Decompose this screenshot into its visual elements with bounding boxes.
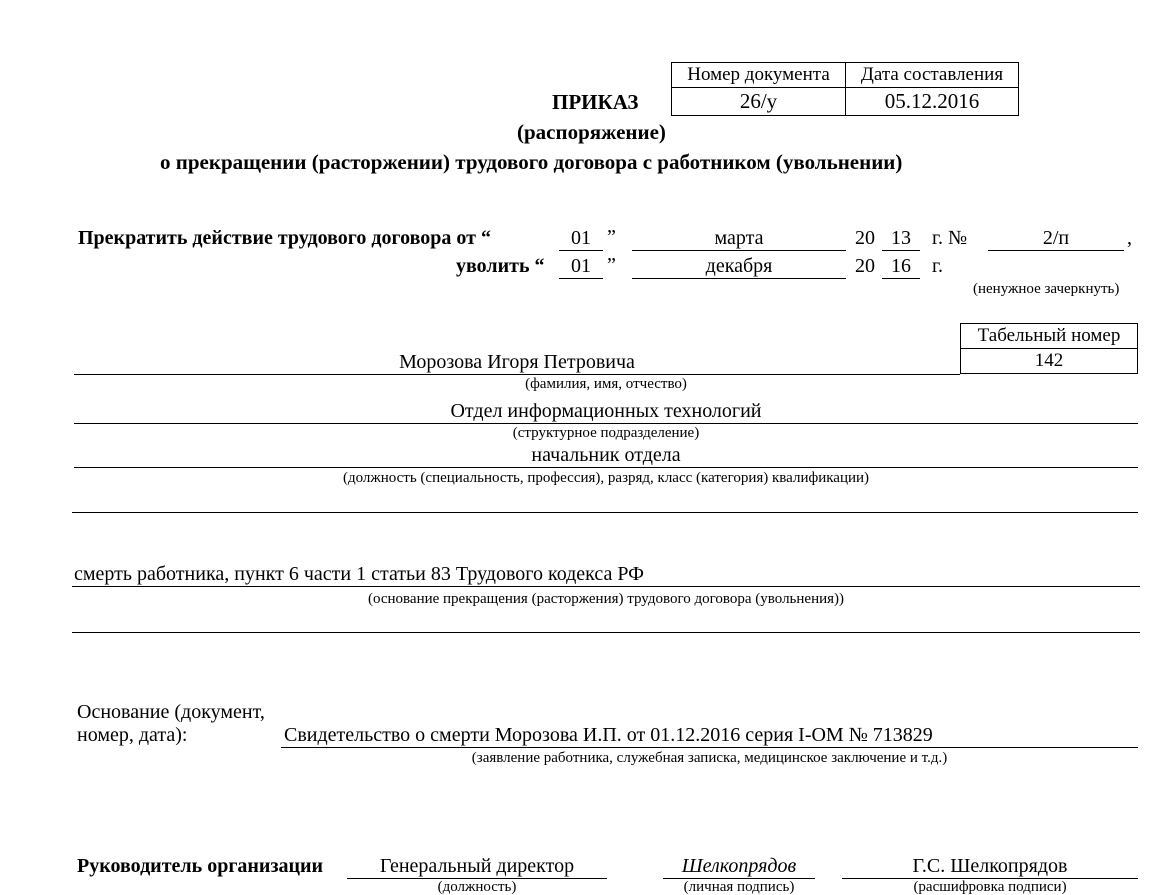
- position-field[interactable]: начальник отдела: [74, 444, 1138, 467]
- department-caption: (структурное подразделение): [74, 425, 1138, 442]
- contract-month-field[interactable]: марта: [632, 227, 846, 250]
- contract-month-underline: [632, 250, 846, 251]
- tab-number-value: 142: [961, 349, 1138, 374]
- department-underline: [74, 423, 1138, 424]
- terminate-contract-label: Прекратить действие трудового договора о…: [78, 227, 491, 250]
- dismiss-label: уволить “: [456, 255, 545, 278]
- document-date-value: 05.12.2016: [846, 88, 1019, 116]
- dismiss-day-underline: [559, 278, 603, 279]
- open-quote-2: “: [535, 255, 545, 277]
- document-number-date-table: Номер документа Дата составления 26/у 05…: [671, 62, 1019, 116]
- contract-year-field[interactable]: 13: [882, 227, 920, 250]
- contract-number-underline: [988, 250, 1124, 251]
- blank-line-1: [72, 512, 1138, 513]
- contract-year-underline: [882, 250, 920, 251]
- year-suffix: г.: [932, 255, 943, 278]
- order-subtitle: (распоряжение): [517, 120, 666, 145]
- dismiss-year-underline: [882, 278, 920, 279]
- basis-label-line1: Основание (документ,: [77, 701, 265, 724]
- signature-decoding-field[interactable]: Г.С. Шелкопрядов: [842, 855, 1138, 878]
- position-underline: [74, 467, 1138, 468]
- close-quote-1: ”: [607, 226, 616, 249]
- dismiss-month-underline: [632, 278, 846, 279]
- dismiss-year-field[interactable]: 16: [882, 255, 920, 278]
- termination-reason-field[interactable]: смерть работника, пункт 6 части 1 статьи…: [74, 563, 644, 586]
- year-number-label: г. №: [932, 227, 967, 250]
- head-position-field[interactable]: Генеральный директор: [347, 855, 607, 878]
- document-number-label: Номер документа: [672, 63, 846, 88]
- reason-underline: [72, 586, 1140, 587]
- basis-document-field[interactable]: Свидетельство о смерти Морозова И.П. от …: [284, 724, 933, 747]
- contract-number-field[interactable]: 2/п: [988, 227, 1124, 250]
- basis-label-line2: номер, дата):: [77, 724, 187, 747]
- year-prefix-2: 20: [855, 255, 875, 278]
- full-name-underline: [74, 374, 960, 375]
- signature-caption: (личная подпись): [663, 879, 815, 895]
- reason-caption: (основание прекращения (расторжения) тру…: [72, 591, 1140, 608]
- head-of-organization-label: Руководитель организации: [77, 855, 323, 878]
- document-date-label: Дата составления: [846, 63, 1019, 88]
- close-quote-2: ”: [607, 254, 616, 277]
- terminate-label-text: Прекратить действие трудового договора о…: [78, 227, 476, 249]
- tab-number-table: Табельный номер 142: [960, 323, 1138, 374]
- blank-line-2: [72, 632, 1140, 633]
- position-caption: (должность (специальность, профессия), р…: [74, 470, 1138, 487]
- dismiss-label-text: уволить: [456, 255, 530, 277]
- employee-full-name[interactable]: Морозова Игоря Петровича: [74, 351, 960, 374]
- open-quote: “: [481, 227, 491, 249]
- basis-caption: (заявление работника, служебная записка,…: [281, 750, 1138, 767]
- order-heading: о прекращении (расторжении) трудового до…: [160, 150, 902, 175]
- decoding-caption: (расшифровка подписи): [842, 879, 1138, 895]
- document-number-value: 26/у: [672, 88, 846, 116]
- basis-underline: [281, 747, 1138, 748]
- strike-note: (ненужное зачеркнуть): [973, 281, 1119, 298]
- head-position-caption: (должность): [347, 879, 607, 895]
- comma: ,: [1127, 227, 1132, 250]
- order-title: ПРИКАЗ: [552, 90, 638, 115]
- dismiss-day-field[interactable]: 01: [559, 255, 603, 278]
- personal-signature-field[interactable]: Шелкопрядов: [663, 855, 815, 878]
- dismiss-month-field[interactable]: декабря: [632, 255, 846, 278]
- contract-day-underline: [559, 250, 603, 251]
- contract-day-field[interactable]: 01: [559, 227, 603, 250]
- department-field[interactable]: Отдел информационных технологий: [74, 400, 1138, 423]
- year-prefix-1: 20: [855, 227, 875, 250]
- full-name-caption: (фамилия, имя, отчество): [74, 376, 1138, 393]
- tab-number-label: Табельный номер: [961, 324, 1138, 349]
